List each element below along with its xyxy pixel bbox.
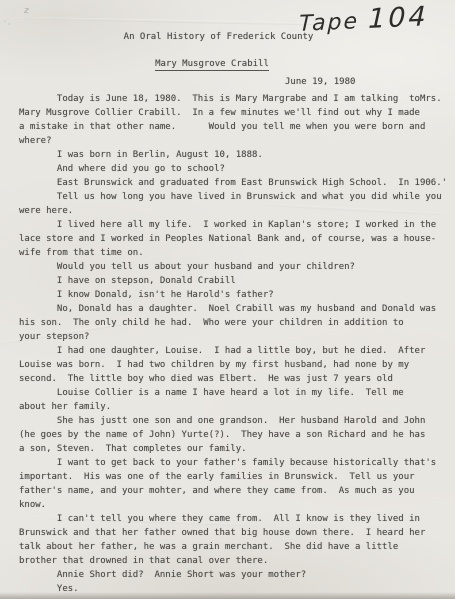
text-line: important. His was one of the early fami… [19,470,447,484]
text-line: second. The little boy who died was Elbe… [19,372,447,386]
text-line: know. [19,498,447,512]
document-title: An Oral History of Frederick County [0,32,437,42]
text-line: were here. [19,204,447,218]
text-line: I had one daughter, Louise. I had a litt… [19,344,447,358]
document-subtitle: Mary Musgrove Crabill [155,59,269,71]
document-date: June 19, 1980 [285,77,355,87]
text-line: I lived here all my life. I worked in Ka… [19,218,447,232]
text-line: about her family. [19,400,447,414]
text-line: Today is June 18, 1980. This is Mary Mar… [19,92,447,106]
text-line: (he goes by the name of John) Yurte(?). … [19,428,447,442]
text-line: I have on stepson, Donald Crabill [19,274,447,288]
tape-number: 104 [368,1,429,35]
text-line: Annie Short did? Annie Short was your mo… [19,568,447,582]
text-line: East Brunswick and graduated from East B… [19,176,447,190]
text-line: Brunswick and that her father owned that… [19,526,447,540]
text-line: your stepson? [19,330,447,344]
text-line: Mary Musgrove Collier Crabill. In a few … [19,106,447,120]
text-line: brother that drowned in that canal over … [19,554,447,568]
pencil-mark: z [23,6,29,17]
text-line: I want to get back to your father's fami… [19,456,447,470]
text-line: I can't tell you where they came from. A… [19,512,447,526]
text-line: I know Donald, isn't he Harold's father? [19,288,447,302]
pencil-mark: ˙· [3,20,12,29]
text-line: talk about her father, he was a grain me… [19,540,447,554]
document-body: Today is June 18, 1980. This is Mary Mar… [19,92,447,596]
text-line: She has justt one son and one grandson. … [19,414,447,428]
text-line: And where did you go to school? [19,162,447,176]
text-line: Louise Collier is a name I have heard a … [19,386,447,400]
text-line: a mistake in that other name. Would you … [19,120,447,134]
text-line: lace store and I worked in Peoples Natio… [19,232,447,246]
text-line: his son. The only child he had. Who were… [19,316,447,330]
text-line: father's name, and your mohter, and wher… [19,484,447,498]
text-line: wife from that time on. [19,246,447,260]
text-line: Yes. [19,582,447,596]
text-line: where? [19,134,447,148]
document-page: ˙· z Tape 104 An Oral History of Frederi… [0,0,455,599]
text-line: No, Donald has a daughter. Noel Crabill … [19,302,447,316]
document-subtitle-row: Mary Musgrove Crabill [0,51,424,71]
text-line: Tell us how long you have lived in Bruns… [19,190,447,204]
text-line: Would you tell us about your husband and… [19,260,447,274]
text-line: I was born in Berlin, August 10, 1888. [19,148,447,162]
text-line: a son, Steven. That completes our family… [19,442,447,456]
text-line: Louise was born. I had two children by m… [19,358,447,372]
